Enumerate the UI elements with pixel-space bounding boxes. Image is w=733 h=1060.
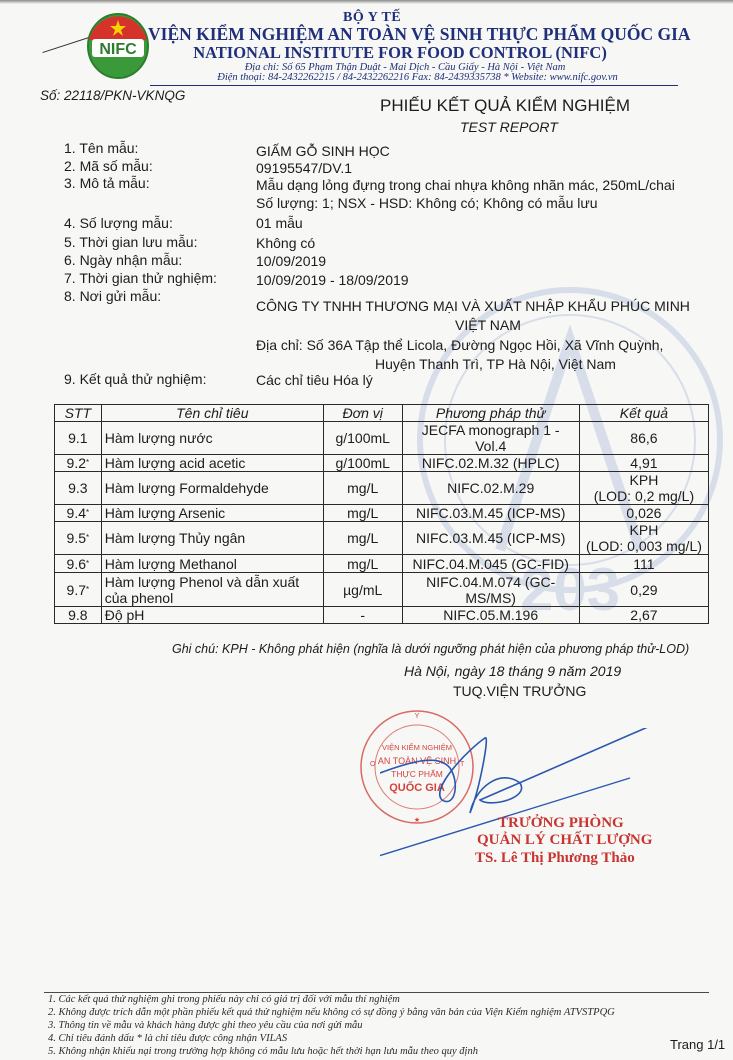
cell-stt: 9.5* xyxy=(55,522,102,555)
svg-text:T: T xyxy=(460,761,465,768)
info-value-description-2: Số lượng: 1; NSX - HSD: Không có; Không … xyxy=(256,195,598,211)
col-header-stt: STT xyxy=(55,405,102,422)
cell-unit: µg/mL xyxy=(323,573,402,607)
info-label-received-date: 6. Ngày nhận mẫu: xyxy=(64,252,182,268)
cell-name: Hàm lượng nước xyxy=(101,422,323,455)
cell-unit: mg/L xyxy=(323,505,402,522)
cell-unit: g/100mL xyxy=(323,422,402,455)
info-value-sender-2: VIỆT NAM xyxy=(455,317,521,333)
cell-name: Hàm lượng Thủy ngân xyxy=(101,522,323,555)
table-row: 9.2*Hàm lượng acid aceticg/100mLNIFC.02.… xyxy=(55,455,709,472)
cell-result: 0,29 xyxy=(579,573,708,607)
svg-text:NIFC: NIFC xyxy=(99,41,137,58)
col-header-method: Phương pháp thử xyxy=(402,405,579,422)
footnote-3: 3. Thông tin về mẫu và khách hàng được g… xyxy=(48,1020,363,1031)
info-label-result: 9. Kết quả thử nghiệm: xyxy=(64,371,206,387)
cell-name: Hàm lượng Formaldehyde xyxy=(101,472,323,505)
cell-method: NIFC.03.M.45 (ICP-MS) xyxy=(402,505,579,522)
cell-unit: mg/L xyxy=(323,555,402,573)
document-subtitle: TEST REPORT xyxy=(460,119,558,135)
info-value-storage-time: Không có xyxy=(256,235,315,251)
cell-result: 2,67 xyxy=(579,607,708,624)
institute-name-vn: VIỆN KIỂM NGHIỆM AN TOÀN VỆ SINH THỰC PH… xyxy=(148,24,678,45)
info-value-result: Các chỉ tiêu Hóa lý xyxy=(256,372,373,388)
col-header-unit: Đơn vị xyxy=(323,405,402,422)
svg-text:QUỐC GIA: QUỐC GIA xyxy=(389,780,445,794)
svg-text:★: ★ xyxy=(414,816,420,824)
footer-divider xyxy=(44,992,709,993)
cell-stt: 9.8 xyxy=(55,607,102,624)
info-value-sample-name: GIẤM GỖ SINH HỌC xyxy=(256,143,390,159)
footnote-4: 4. Chỉ tiêu đánh dấu * là chỉ tiêu được … xyxy=(48,1033,287,1044)
signer-role-line2: QUẢN LÝ CHẤT LƯỢNG xyxy=(477,832,652,849)
signer-name: TS. Lê Thị Phương Thảo xyxy=(475,850,635,867)
document-title: PHIẾU KẾT QUẢ KIỂM NGHIỆM xyxy=(380,96,630,116)
vilas-star-mark: * xyxy=(86,585,89,594)
info-value-quantity: 01 mẫu xyxy=(256,215,303,231)
cell-result: KPH(LOD: 0,003 mg/L) xyxy=(579,522,708,555)
info-value-description: Mẫu dạng lỏng đựng trong chai nhựa không… xyxy=(256,177,675,193)
vilas-star-mark: * xyxy=(86,508,89,517)
nifc-logo-icon: NIFC xyxy=(86,12,150,80)
cell-result: 86,6 xyxy=(579,422,708,455)
info-label-storage-time: 5. Thời gian lưu mẫu: xyxy=(64,234,197,250)
table-row: 9.3Hàm lượng Formaldehydemg/LNIFC.02.M.2… xyxy=(55,472,709,505)
cell-name: Hàm lượng Arsenic xyxy=(101,505,323,522)
cell-name: Hàm lượng Phenol và dẫn xuất của phenol xyxy=(101,573,323,607)
info-label-quantity: 4. Số lượng mẫu: xyxy=(64,215,173,231)
info-label-test-period: 7. Thời gian thử nghiệm: xyxy=(64,270,217,286)
cell-name: Hàm lượng Methanol xyxy=(101,555,323,573)
scan-top-edge xyxy=(0,0,733,4)
svg-text:VIỆN KIỂM NGHIỆM: VIỆN KIỂM NGHIỆM xyxy=(382,743,452,752)
cell-method: NIFC.02.M.29 xyxy=(402,472,579,505)
cell-method: NIFC.03.M.45 (ICP-MS) xyxy=(402,522,579,555)
cell-method: NIFC.02.M.32 (HPLC) xyxy=(402,455,579,472)
cell-result: 0,026 xyxy=(579,505,708,522)
cell-stt: 9.2* xyxy=(55,455,102,472)
footnote-1: 1. Các kết quả thử nghiệm ghi trong phiế… xyxy=(48,994,400,1005)
table-header-row: STT Tên chỉ tiêu Đơn vị Phương pháp thử … xyxy=(55,405,709,422)
svg-text:Y: Y xyxy=(415,713,420,720)
info-value-sample-code: 09195547/DV.1 xyxy=(256,160,352,176)
cell-result-lod: (LOD: 0,003 mg/L) xyxy=(583,538,705,554)
info-value-sender: CÔNG TY TNHH THƯƠNG MẠI VÀ XUẤT NHẬP KHẨ… xyxy=(256,298,690,314)
vilas-star-mark: * xyxy=(86,458,89,467)
table-row: 9.7*Hàm lượng Phenol và dẫn xuất của phe… xyxy=(55,573,709,607)
svg-text:THỰC PHẨM: THỰC PHẨM xyxy=(391,768,443,779)
footnote-5: 5. Không nhận khiếu nại trong trường hợp… xyxy=(48,1046,478,1057)
vilas-star-mark: * xyxy=(86,533,89,542)
table-note: Ghi chú: KPH - Không phát hiện (nghĩa là… xyxy=(172,642,689,656)
place-date: Hà Nội, ngày 18 tháng 9 năm 2019 xyxy=(404,663,621,679)
header-divider xyxy=(150,85,678,86)
cell-unit: g/100mL xyxy=(323,455,402,472)
vilas-star-mark: * xyxy=(86,559,89,568)
cell-unit: - xyxy=(323,607,402,624)
cell-result: 4,91 xyxy=(579,455,708,472)
info-value-sender-address: Địa chỉ: Số 36A Tập thể Licola, Đường Ng… xyxy=(256,337,663,353)
authority-title: TUQ.VIỆN TRƯỞNG xyxy=(453,683,586,699)
cell-unit: mg/L xyxy=(323,522,402,555)
table-row: 9.8Độ pH-NIFC.05.M.1962,67 xyxy=(55,607,709,624)
cell-stt: 9.3 xyxy=(55,472,102,505)
cell-result: KPH(LOD: 0,2 mg/L) xyxy=(579,472,708,505)
cell-method: NIFC.05.M.196 xyxy=(402,607,579,624)
info-label-sender: 8. Nơi gửi mẫu: xyxy=(64,288,161,304)
cell-stt: 9.1 xyxy=(55,422,102,455)
cell-method: NIFC.04.M.045 (GC-FID) xyxy=(402,555,579,573)
svg-text:O: O xyxy=(370,761,376,768)
institute-name-en: NATIONAL INSTITUTE FOR FOOD CONTROL (NIF… xyxy=(190,43,610,63)
logo-pointer-line xyxy=(42,36,92,53)
col-header-result: Kết quả xyxy=(579,405,708,422)
info-value-test-period: 10/09/2019 - 18/09/2019 xyxy=(256,272,409,288)
info-label-sample-name: 1. Tên mẫu: xyxy=(64,140,138,156)
document-number: Số: 22118/PKN-VKNQG xyxy=(40,88,185,103)
table-row: 9.5*Hàm lượng Thủy ngânmg/LNIFC.03.M.45 … xyxy=(55,522,709,555)
svg-text:AN TOÀN VỆ SINH: AN TOÀN VỆ SINH xyxy=(378,756,456,766)
info-label-sample-code: 2. Mã số mẫu: xyxy=(64,158,153,174)
footnote-2: 2. Không được trích dẫn một phần phiếu k… xyxy=(48,1007,615,1018)
cell-name: Hàm lượng acid acetic xyxy=(101,455,323,472)
info-value-received-date: 10/09/2019 xyxy=(256,253,326,269)
official-stamp-icon: Y O T ★ VIỆN KIỂM NGHIỆM AN TOÀN VỆ SINH… xyxy=(358,708,476,826)
signer-role-line1: TRƯỞNG PHÒNG xyxy=(498,815,624,832)
table-row: 9.6*Hàm lượng Methanolmg/LNIFC.04.M.045 … xyxy=(55,555,709,573)
results-table: STT Tên chỉ tiêu Đơn vị Phương pháp thử … xyxy=(54,404,709,624)
cell-method: JECFA monograph 1 - Vol.4 xyxy=(402,422,579,455)
cell-stt: 9.4* xyxy=(55,505,102,522)
info-value-sender-address-2: Huyện Thanh Trì, TP Hà Nội, Việt Nam xyxy=(375,356,616,372)
cell-stt: 9.6* xyxy=(55,555,102,573)
info-label-description: 3. Mô tả mẫu: xyxy=(64,175,150,191)
table-row: 9.4*Hàm lượng Arsenicmg/LNIFC.03.M.45 (I… xyxy=(55,505,709,522)
table-row: 9.1Hàm lượng nướcg/100mLJECFA monograph … xyxy=(55,422,709,455)
cell-stt: 9.7* xyxy=(55,573,102,607)
cell-method: NIFC.04.M.074 (GC-MS/MS) xyxy=(402,573,579,607)
cell-unit: mg/L xyxy=(323,472,402,505)
col-header-name: Tên chỉ tiêu xyxy=(101,405,323,422)
cell-result: 111 xyxy=(579,555,708,573)
institute-contact: Điện thoại: 84-2432262215 / 84-243226221… xyxy=(160,72,675,83)
cell-result-lod: (LOD: 0,2 mg/L) xyxy=(583,488,705,504)
cell-name: Độ pH xyxy=(101,607,323,624)
page-number: Trang 1/1 xyxy=(670,1037,725,1052)
